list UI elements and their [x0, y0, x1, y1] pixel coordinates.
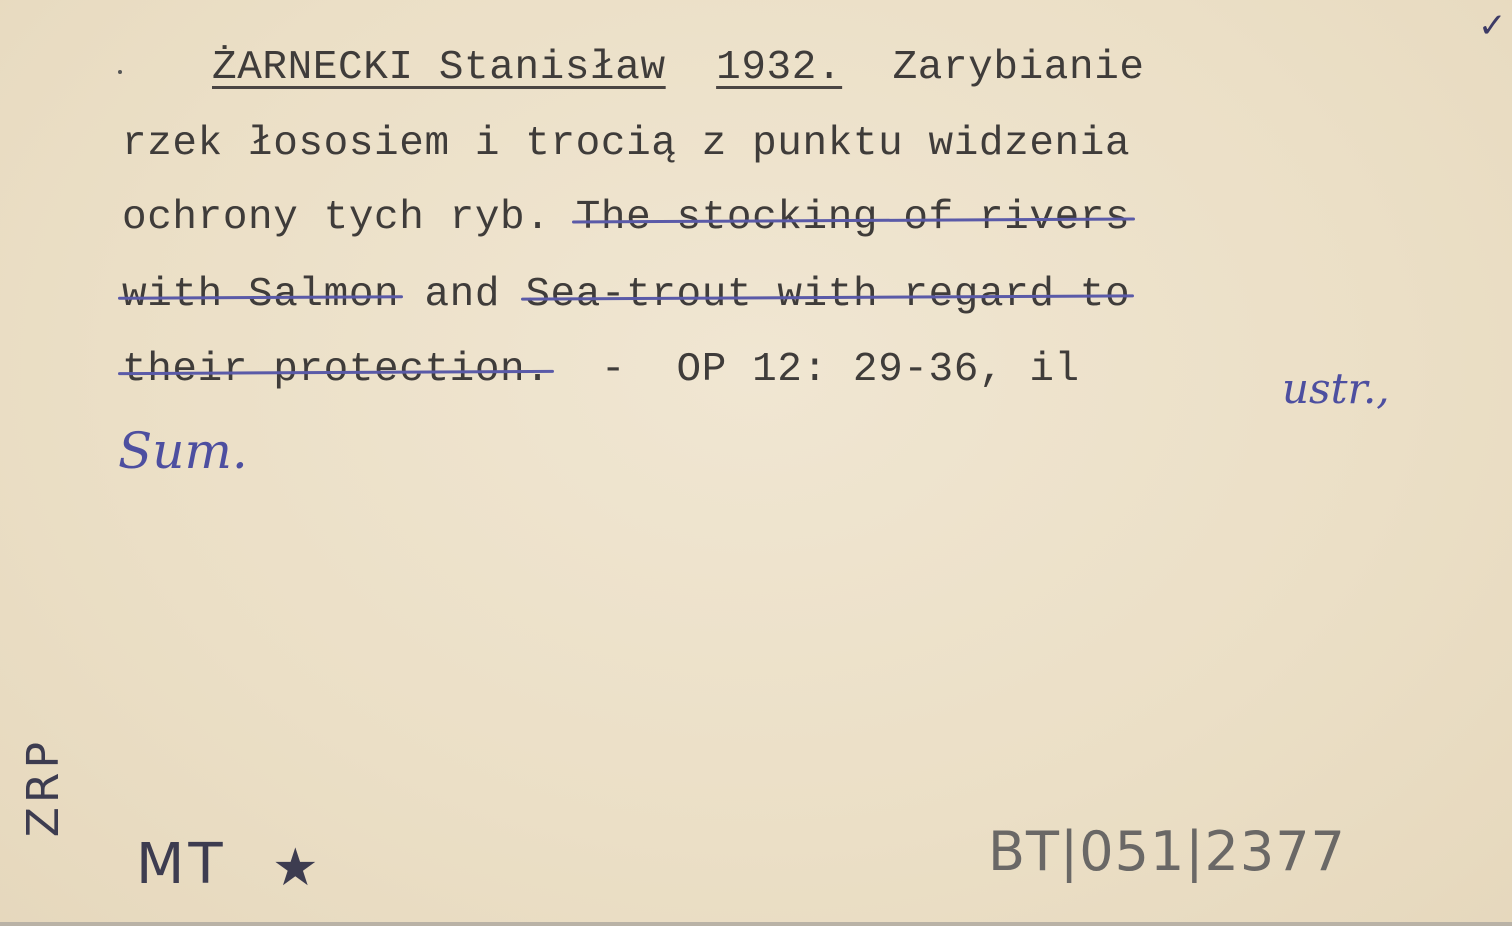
- citation: - OP 12: 29-36, il: [550, 347, 1079, 393]
- publication-year: 1932.: [716, 45, 842, 91]
- author-name: ŻARNECKI Stanisław: [212, 45, 666, 91]
- catalog-number: BT|051|2377: [988, 820, 1346, 883]
- typed-line-5: their protection. - OP 12: 29-36, il: [122, 350, 1080, 391]
- catalog-card: ŻARNECKI Stanisław 1932. Zarybianie rzek…: [0, 0, 1512, 926]
- struck-english-title-2: with Salmon: [122, 272, 399, 318]
- checkmark-icon: ✓: [1478, 6, 1507, 46]
- title-end: ochrony tych ryb.: [122, 195, 550, 241]
- typed-line-4: with Salmon and Sea-trout with regard to: [122, 275, 1130, 316]
- typed-line-2: rzek łososiem i trocią z punktu widzenia: [122, 124, 1130, 165]
- margin-dot: [118, 70, 122, 74]
- handwritten-summary-note: Sum.: [118, 422, 248, 480]
- typed-line-3: ochrony tych ryb. The stocking of rivers: [122, 198, 1130, 239]
- typed-line-1: ŻARNECKI Stanisław 1932. Zarybianie: [212, 48, 1145, 89]
- plain-word: and: [424, 272, 500, 318]
- mt-marker-note: MT: [136, 832, 227, 897]
- card-bottom-edge: [0, 922, 1512, 926]
- zrp-marker-note: ZRP: [18, 738, 69, 837]
- star-icon: ★: [272, 838, 319, 898]
- struck-english-title-3: Sea-trout with regard to: [525, 272, 1130, 318]
- title-start: Zarybianie: [893, 45, 1145, 91]
- struck-english-title-1: The stocking of rivers: [576, 195, 1131, 241]
- struck-english-title-4: their protection.: [122, 347, 550, 393]
- handwritten-ilustr: ustr.,: [1282, 364, 1390, 413]
